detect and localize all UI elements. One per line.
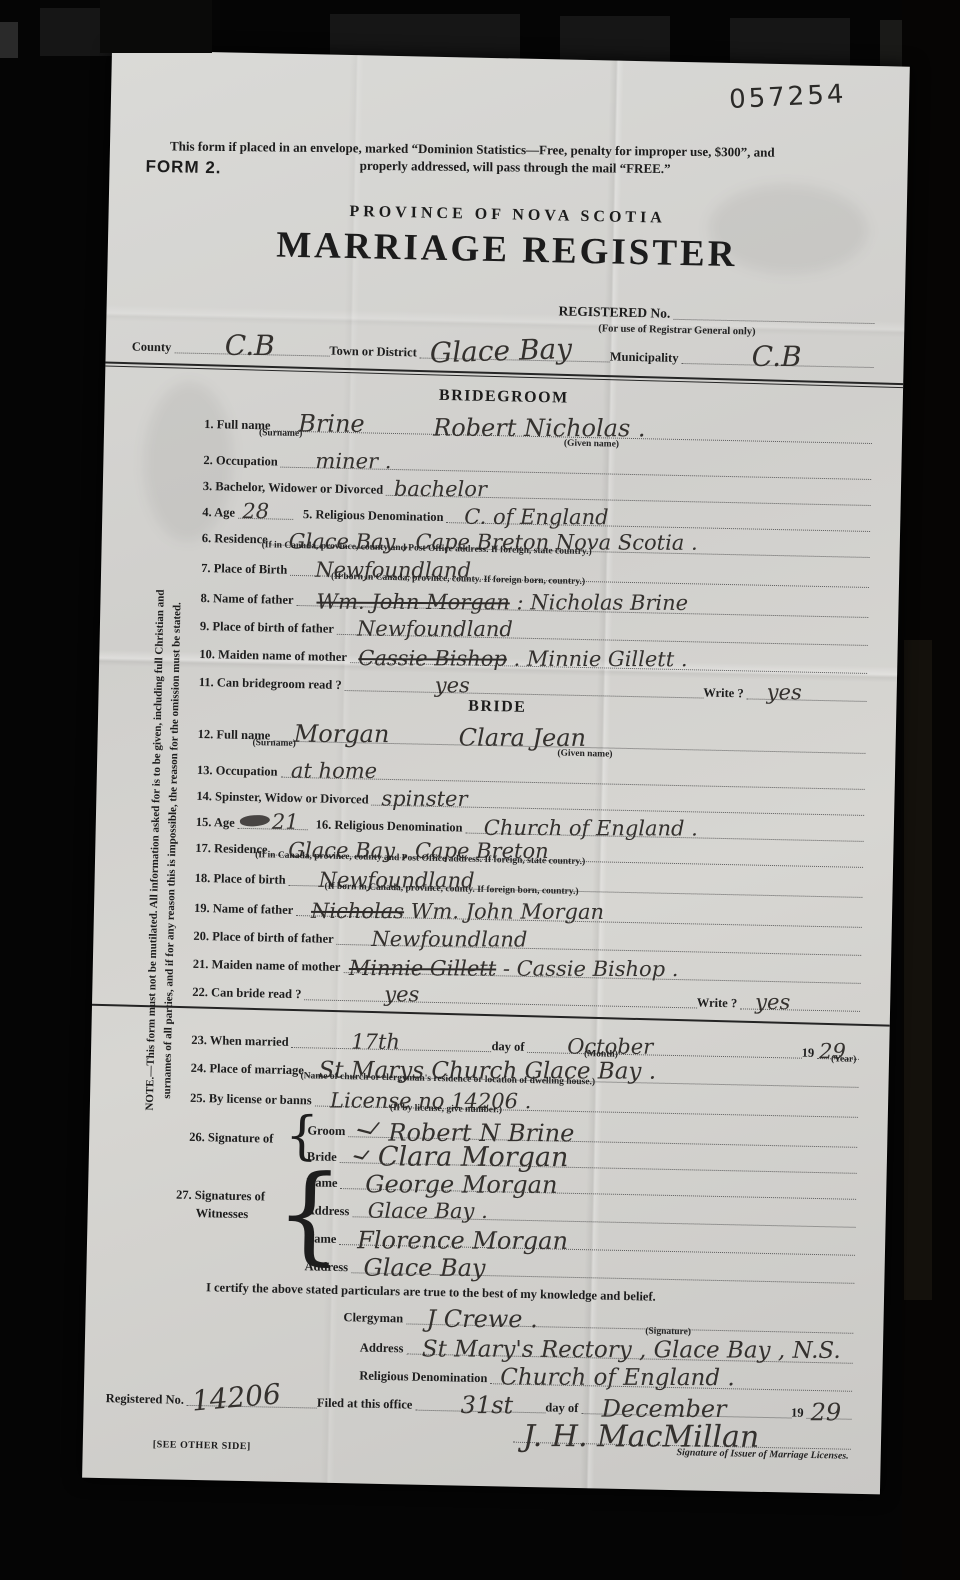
field-label: 23. When married: [191, 1033, 292, 1048]
field-blank: October: [527, 1030, 802, 1059]
witness1-address: Glace Bay .: [367, 1201, 487, 1222]
municipality-label: Municipality: [610, 350, 682, 364]
field-blank: December: [581, 1391, 791, 1418]
municipality-value: C.B: [752, 343, 802, 371]
field-label: 11. Can bridegroom read ?: [199, 675, 345, 691]
clergyman-denomination: Church of England .: [500, 1366, 735, 1390]
field-label: 22. Can bride read ?: [192, 985, 304, 1000]
mailing-note-line2: properly addressed, will pass through th…: [360, 158, 671, 177]
field-label: 5. Religious Denomination: [293, 507, 447, 523]
field-label: 18. Place of birth: [195, 871, 289, 885]
bride-age: 21: [272, 812, 299, 833]
witness2-address: Glace Bay: [363, 1256, 485, 1280]
religion-label: Religious Denomination: [359, 1369, 490, 1384]
bride-marital-status: spinster: [382, 789, 468, 810]
day-of-label: day of: [545, 1401, 581, 1414]
groom-mother-name: . Minnie Gillett .: [513, 647, 687, 672]
field-blank: yes: [740, 986, 860, 1012]
field-label: 10. Maiden name of mother: [199, 647, 350, 663]
scanned-document-viewport: 057254 This form if placed in an envelop…: [0, 0, 960, 1580]
given-name-caption: (Given name): [564, 440, 619, 451]
film-edge-patch: [0, 22, 18, 58]
field-label: 16. Religious Denomination: [308, 818, 466, 834]
field-label: 15. Age: [196, 815, 238, 828]
field-label: 6. Residence: [202, 531, 271, 545]
groom-father-birthplace: Newfoundland: [357, 619, 513, 641]
groom-surname: Brine: [299, 412, 366, 436]
field-blank: J. H. MacMillan: [513, 1420, 851, 1450]
clergyman-address: St Mary's Rectory , Glace Bay , N.S.: [421, 1338, 840, 1362]
margin-note: NOTE.—This form must not be mutilated. A…: [141, 541, 188, 1160]
groom-father-struck: Wm. John Morgan: [317, 590, 510, 615]
bride-denomination: Church of England .: [484, 818, 698, 840]
film-frame-number: 057254: [728, 79, 847, 115]
field-blank: Glace Bay: [351, 1250, 855, 1284]
field-blank: yes: [747, 676, 867, 702]
groom-age: 28: [242, 501, 269, 522]
field-blank: yes: [304, 977, 697, 1008]
field-label: 19. Name of father: [194, 901, 297, 916]
field-blank: 31st: [415, 1388, 545, 1414]
field-blank: 29: [806, 1396, 851, 1420]
field-label: 13. Occupation: [197, 763, 281, 777]
field-issuer-signature: J. H. MacMillan: [513, 1421, 851, 1450]
witnesses-label-line1: 27. Signatures of: [176, 1188, 265, 1205]
marriage-register-form-page: 057254 This form if placed in an envelop…: [82, 50, 910, 1494]
county-blank: C.B: [174, 322, 330, 356]
municipality-blank: C.B: [681, 333, 874, 368]
clergyman-signature: J Crewe .: [426, 1307, 537, 1331]
write-label: Write ?: [697, 996, 741, 1009]
town-value: Glace Bay: [429, 335, 572, 367]
filed-month: December: [601, 1397, 726, 1421]
filed-day: 31st: [460, 1393, 513, 1417]
field-label: 8. Name of father: [200, 591, 296, 606]
address-label: Address: [304, 1260, 351, 1273]
clergyman-label: Clergyman: [343, 1311, 406, 1325]
address-label: Address: [306, 1204, 353, 1217]
bride-mother-struck: Minnie Gillett: [348, 956, 495, 981]
groom-father-name: : Nicholas Brine: [516, 590, 688, 615]
signature-of-label: 26. Signature of: [189, 1130, 273, 1147]
groom-mother-struck: Cassie Bishop: [358, 646, 507, 671]
field-witness2-address: Address Glace Bay: [304, 1250, 854, 1284]
field-blank: 21: [238, 806, 308, 830]
film-strip-highlight: [904, 640, 932, 1300]
field-label: 24. Place of marriage: [191, 1061, 307, 1076]
groom-can-write: yes: [767, 682, 802, 703]
field-label: 9. Place of birth of father: [200, 619, 337, 634]
groom-occupation: miner .: [316, 451, 392, 472]
bride-father-birthplace: Newfoundland: [372, 929, 528, 951]
bride-occupation: at home: [290, 761, 376, 782]
form-number-label: FORM 2.: [145, 157, 221, 179]
county-label: County: [132, 340, 175, 353]
name-label: Name: [305, 1232, 340, 1245]
field-label: 2. Occupation: [203, 454, 281, 468]
field-blank: Church of England .: [490, 1361, 852, 1392]
field-fullname-groom: 1. Full name Brine Robert Nicholas .: [204, 408, 872, 444]
bride-can-read: yes: [384, 984, 419, 1005]
day-of-label: day of: [491, 1040, 527, 1053]
groom-label: Groom: [307, 1124, 348, 1137]
field-label: 14. Spinster, Widow or Divorced: [196, 789, 371, 805]
film-overlap-block: [100, 0, 212, 53]
field-blank: 17th: [291, 1025, 491, 1052]
field-label: 3. Bachelor, Widower or Divorced: [203, 480, 387, 496]
field-blank: St Mary's Rectory , Glace Bay , N.S.: [406, 1331, 853, 1363]
registered-number: 14206: [191, 1380, 282, 1415]
bride-mother-name: - Cassie Bishop .: [502, 957, 678, 982]
address-label: Address: [360, 1341, 407, 1354]
field-blank: J Crewe .: [406, 1301, 854, 1333]
bride-can-write: yes: [755, 992, 790, 1013]
town-label: Town or District: [329, 344, 420, 358]
bride-father-struck: Nicholas: [311, 899, 404, 923]
field-clergyman-address: Address St Mary's Rectory , Glace Bay , …: [360, 1331, 853, 1363]
field-label: 7. Place of Birth: [201, 561, 290, 575]
town-blank: Glace Bay: [420, 328, 611, 363]
signature-mark: [353, 1148, 370, 1159]
groom-denomination: C. of England: [465, 507, 609, 529]
field-label: 21. Maiden name of mother: [193, 957, 344, 973]
signature-mark: [357, 1119, 380, 1134]
surname-caption: (Surname): [252, 739, 295, 749]
field-clergyman-denomination: Religious Denomination Church of England…: [359, 1359, 852, 1391]
bride-given-name: Clara Jean: [458, 726, 585, 750]
name-label: Name: [306, 1176, 341, 1189]
issuer-caption: Signature of Issuer of Marriage Licenses…: [676, 1448, 848, 1462]
field-label: 4. Age: [202, 505, 238, 518]
registered-no-label: REGISTERED No.: [558, 304, 673, 320]
field-label: 20. Place of birth of father: [193, 929, 336, 944]
filed-label: Filed at this office: [317, 1396, 416, 1411]
mailing-note-line1: This form if placed in an envelope, mark…: [170, 138, 775, 160]
marriage-day: 17th: [352, 1032, 401, 1053]
given-name-caption: (Given name): [557, 749, 612, 760]
witness1-name: George Morgan: [366, 1172, 558, 1197]
registered-label: Registered No.: [106, 1392, 187, 1406]
age-scribble: [239, 814, 270, 827]
witnesses-label-line2: Witnesses: [195, 1206, 248, 1222]
groom-given-name: Robert Nicholas .: [433, 416, 646, 441]
field-clergyman: Clergyman J Crewe .: [343, 1301, 853, 1334]
film-sprocket-block: [330, 14, 520, 60]
field-blank: Glace Bay .: [352, 1194, 856, 1228]
witness2-name: Florence Morgan: [357, 1228, 568, 1253]
field-label: 25. By license or banns: [190, 1091, 315, 1106]
film-sprocket-block: [560, 16, 670, 64]
field-fullname-bride: 12. Full name Morgan Clara Jean: [198, 718, 866, 754]
groom-marital-status: bachelor: [394, 479, 487, 500]
filed-year: 29: [811, 1400, 842, 1424]
license-caption: (If by license, give number.): [390, 1104, 502, 1116]
year-prefix: 19: [802, 1046, 818, 1059]
field-blank: 14206: [187, 1383, 317, 1409]
field-blank: 28: [238, 496, 293, 520]
see-other-side-label: [SEE OTHER SIDE]: [153, 1439, 251, 1452]
county-value: C.B: [224, 332, 274, 360]
bride-father-name: Wm. John Morgan: [411, 899, 604, 924]
bride-surname: Morgan: [293, 722, 389, 746]
film-sprocket-block: [730, 18, 850, 68]
groom-can-read: yes: [435, 675, 470, 696]
surname-caption: (Surname): [259, 429, 302, 439]
write-label: Write ?: [703, 686, 747, 699]
year-prefix: 19: [791, 1406, 807, 1419]
